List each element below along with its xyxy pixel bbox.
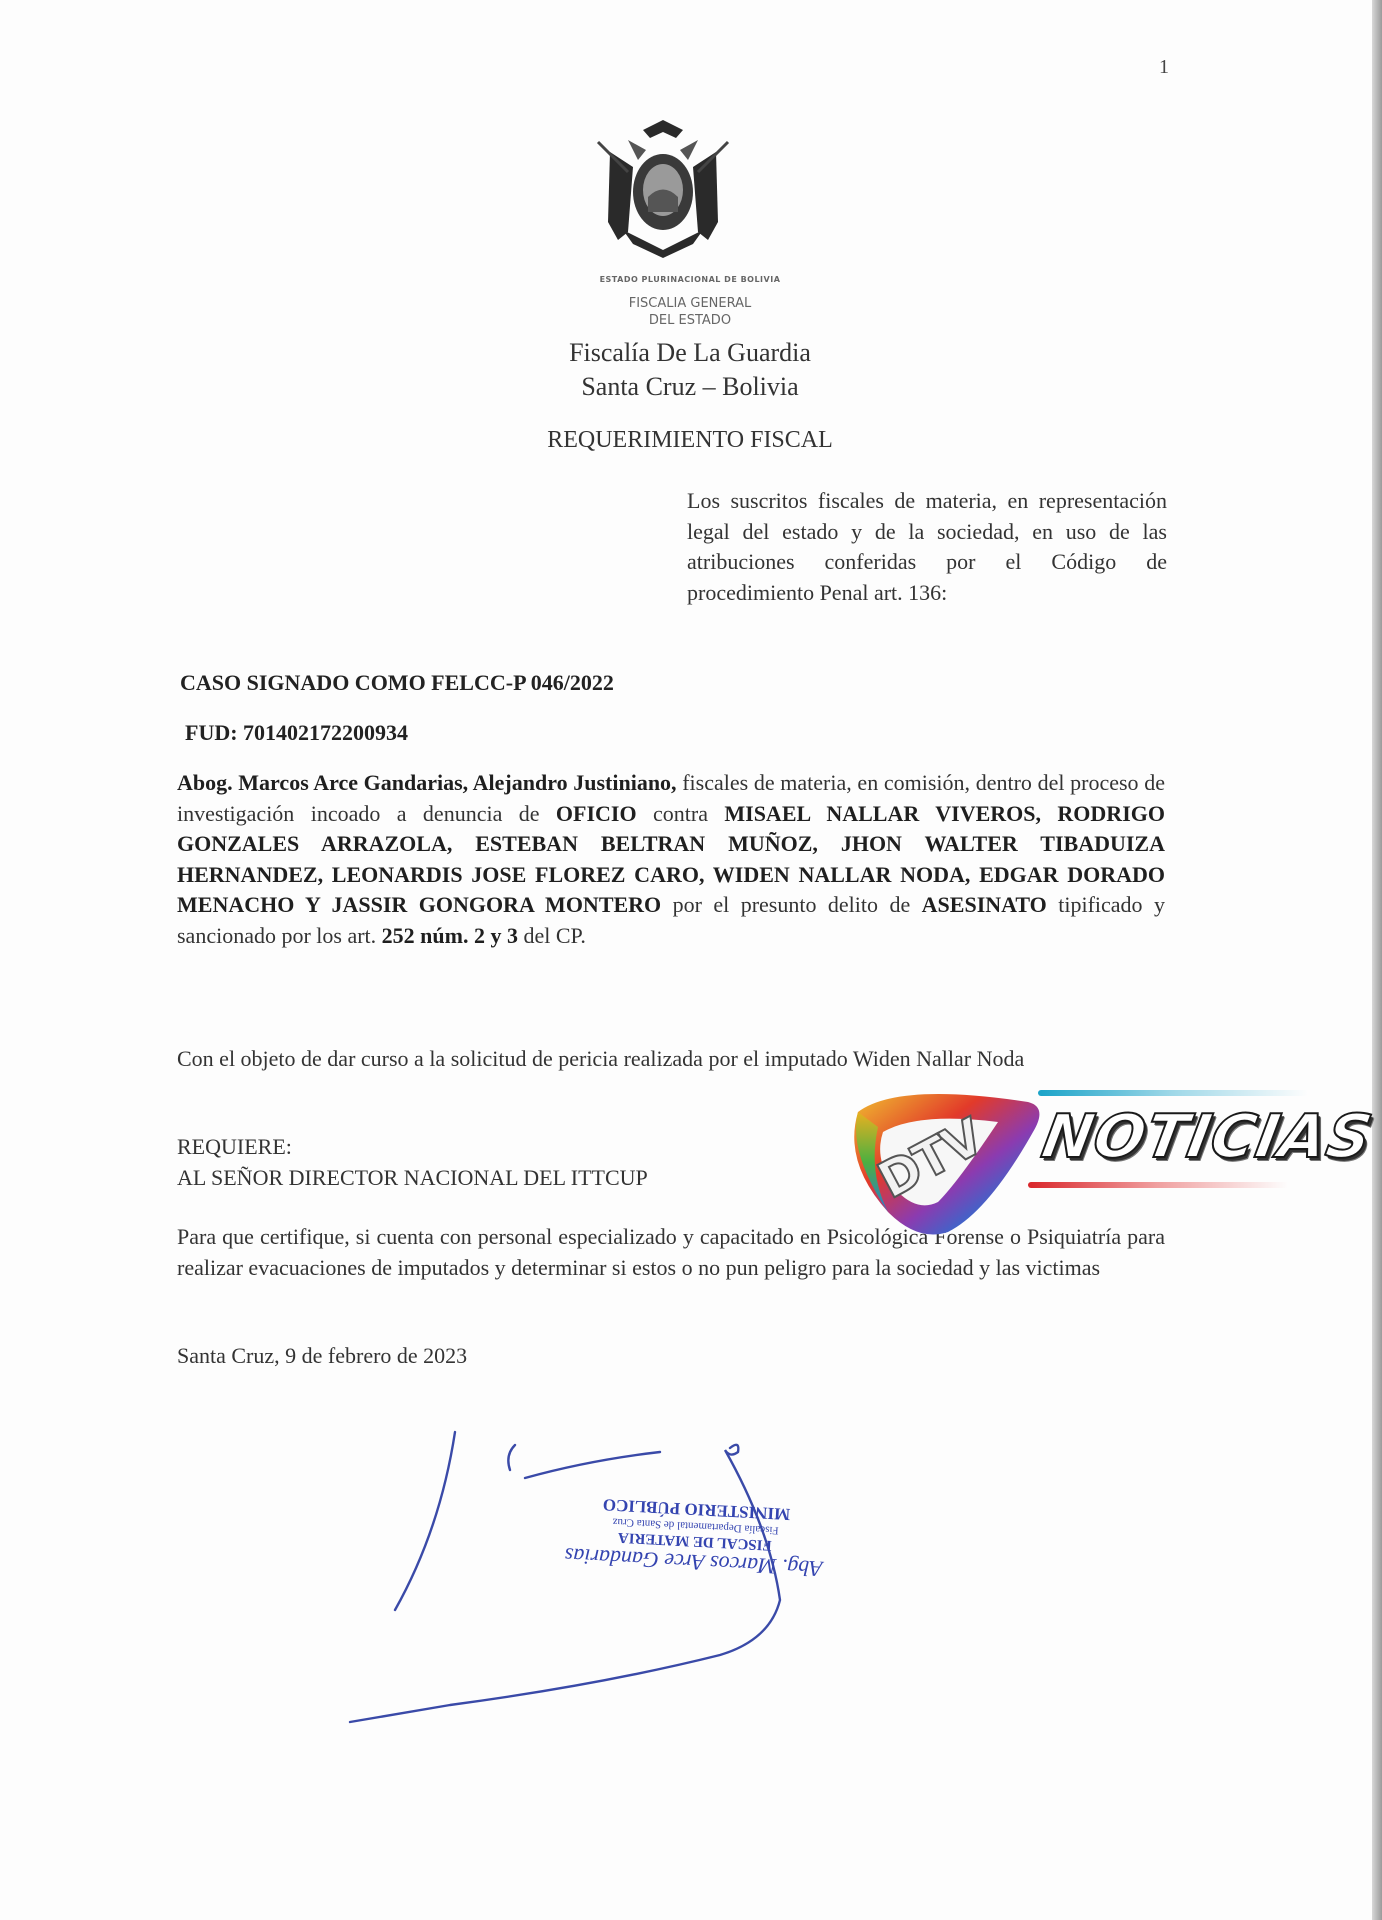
- crest-caption-fiscalia: FISCALIA GENERAL DEL ESTADO: [540, 295, 840, 329]
- contra-text: contra: [637, 801, 725, 826]
- denuncia-type: OFICIO: [556, 801, 637, 826]
- crime-end-text: del CP.: [518, 923, 586, 948]
- document-type-heading: REQUERIMIENTO FISCAL: [440, 427, 940, 454]
- case-number: CASO SIGNADO COMO FELCC-P 046/2022: [180, 670, 614, 696]
- official-stamp: Abg. Marcos Arce Gandarias FISCAL DE MAT…: [548, 1492, 842, 1582]
- objective-paragraph: Con el objeto de dar curso a la solicitu…: [177, 1044, 1165, 1075]
- crest-caption-line2: DEL ESTADO: [540, 312, 840, 329]
- article-reference: 252 núm. 2 y 3: [382, 923, 518, 948]
- coat-of-arms-icon: [588, 112, 738, 262]
- date-line: Santa Cruz, 9 de febrero de 2023: [177, 1341, 1165, 1372]
- crime-name: ASESINATO: [922, 892, 1047, 917]
- watermark-bar-top: [1038, 1090, 1308, 1096]
- page-edge-shadow: [1372, 0, 1382, 1920]
- noticias-wordmark: NOTICIAS: [1037, 1102, 1378, 1172]
- crime-intro-text: por el presunto delito de: [661, 892, 922, 917]
- office-name: Fiscalía De La Guardia: [440, 338, 940, 368]
- crest-caption-line1: FISCALIA GENERAL: [540, 295, 840, 312]
- fud-number: FUD: 701402172200934: [185, 720, 408, 746]
- crest-caption-state: ESTADO PLURINACIONAL DE BOLIVIA: [540, 275, 840, 284]
- office-location: Santa Cruz – Bolivia: [440, 372, 940, 402]
- prosecutor-names: Abog. Marcos Arce Gandarias, Alejandro J…: [177, 770, 677, 795]
- page-number: 1: [1159, 56, 1169, 79]
- dtv-noticias-watermark: DTV NOTICIAS: [838, 1082, 1358, 1242]
- preamble-paragraph: Los suscritos fiscales de materia, en re…: [687, 486, 1167, 608]
- main-paragraph: Abog. Marcos Arce Gandarias, Alejandro J…: [177, 768, 1165, 951]
- watermark-bar-bottom: [1028, 1182, 1288, 1188]
